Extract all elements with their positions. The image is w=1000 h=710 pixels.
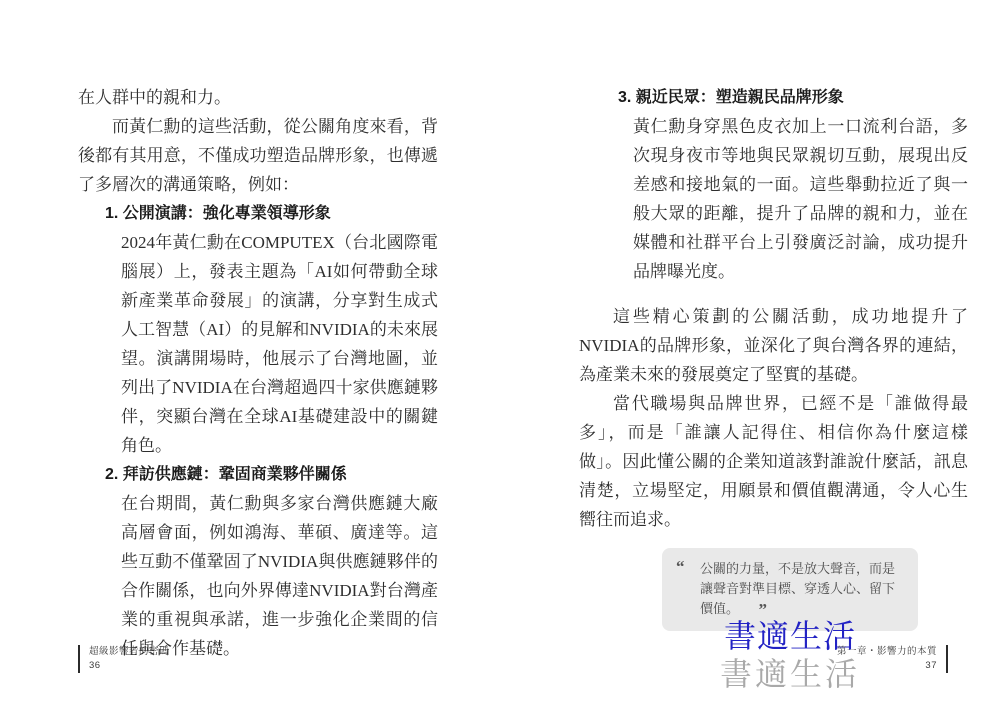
book-title: 超級影響者的密碼 [89,645,169,659]
left-paragraph-intro: 而黃仁勳的這些活動，從公關角度來看，背後都有其用意，不僅成功塑造品牌形象，也傳遞… [78,112,438,199]
section-3-body: 黃仁勳身穿黑色皮衣加上一口流利台語，多次現身夜市等地與民眾親切互動，展現出反差感… [633,112,968,286]
right-paragraph-closing: 當代職場與品牌世界，已經不是「誰做得最多」，而是「誰讓人記得住、相信你為什麼這樣… [579,389,968,534]
right-page: 3. 親近民眾：塑造親民品牌形象 黃仁勳身穿黑色皮衣加上一口流利台語，多次現身夜… [579,83,968,631]
right-page-number: 37 [837,659,937,673]
right-paragraph-summary: 這些精心策劃的公關活動，成功地提升了NVIDIA的品牌形象，並深化了與台灣各界的… [579,302,968,389]
pull-quote-text: 公關的力量，不是放大聲音，而是讓聲音對準目標、穿透人心、留下價值。 [700,561,895,616]
section-3: 3. 親近民眾：塑造親民品牌形象 黃仁勳身穿黑色皮衣加上一口流利台語，多次現身夜… [579,83,968,286]
section-2-heading: 2. 拜訪供應鏈：鞏固商業夥伴關係 [105,460,438,489]
section-2-body: 在台期間，黃仁勳與多家台灣供應鏈大廠高層會面，例如鴻海、華碩、廣達等。這些互動不… [121,489,438,663]
section-3-heading: 3. 親近民眾：塑造親民品牌形象 [618,83,968,112]
section-1-body: 2024年黃仁勳在COMPUTEX（台北國際電腦展）上，發表主題為「AI如何帶動… [121,228,438,460]
left-page-number: 36 [89,659,169,673]
blank-line [579,286,968,302]
open-quote-icon: “ [676,557,685,577]
left-page-footer: 超級影響者的密碼 36 [78,645,169,673]
right-page-footer: 第一章・影響力的本質 37 [837,645,948,673]
left-paragraph-continuation: 在人群中的親和力。 [78,83,438,112]
section-1-heading: 1. 公開演講：強化專業領導形象 [105,199,438,228]
left-page: 在人群中的親和力。 而黃仁勳的這些活動，從公關角度來看，背後都有其用意，不僅成功… [78,83,438,663]
section-2: 2. 拜訪供應鏈：鞏固商業夥伴關係 在台期間，黃仁勳與多家台灣供應鏈大廠高層會面… [78,460,438,663]
section-1: 1. 公開演講：強化專業領導形象 2024年黃仁勳在COMPUTEX（台北國際電… [78,199,438,460]
chapter-title: 第一章・影響力的本質 [837,645,937,659]
